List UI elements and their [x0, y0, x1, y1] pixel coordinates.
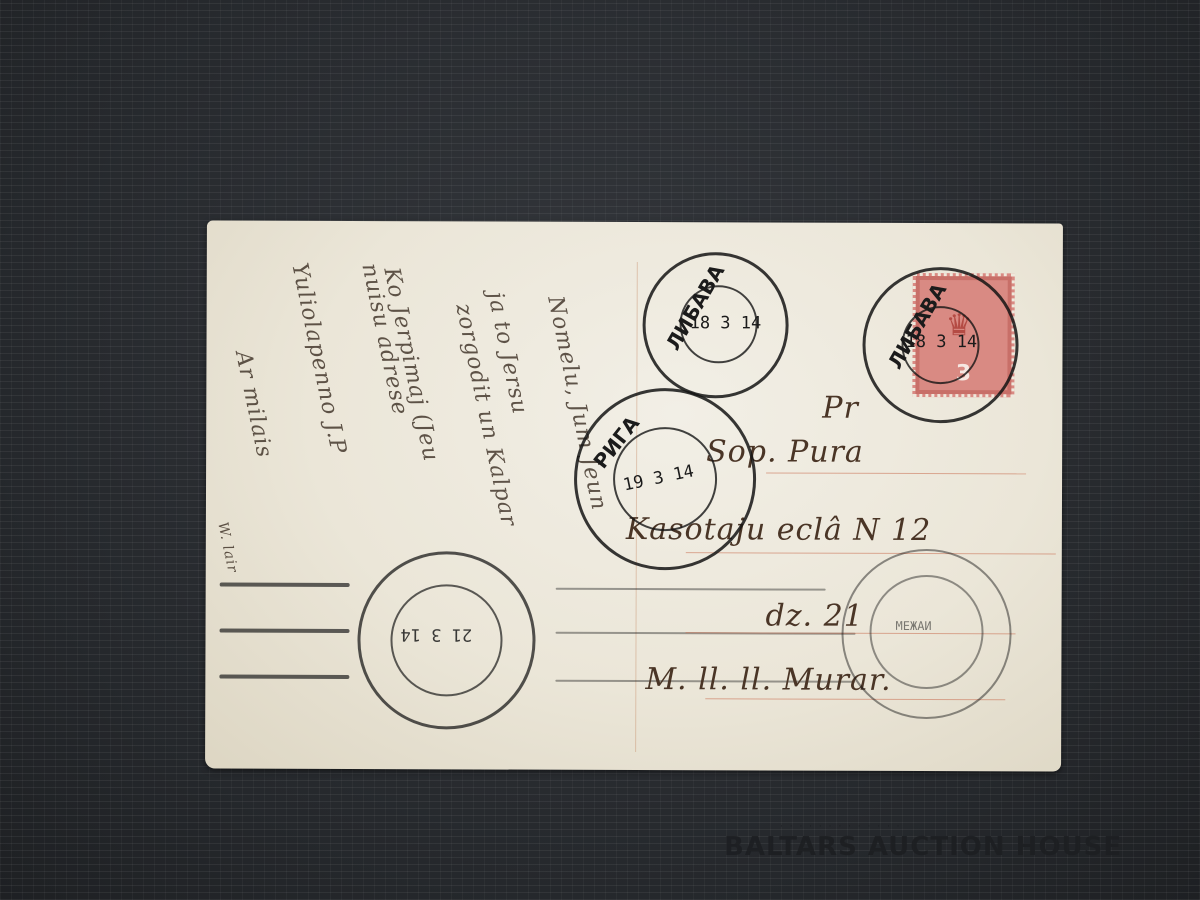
postmark-date: MEЖАИ	[896, 619, 932, 633]
address-rule	[686, 552, 1056, 554]
message-line: Yuliolapenno J.P	[286, 261, 350, 457]
postmark: 21 3 14	[357, 551, 536, 730]
message-line: Ar milais	[230, 349, 277, 461]
postmark: ЛИБАВА 18 3 14	[642, 252, 789, 399]
cancellation-bar	[220, 583, 350, 587]
cancellation-bar	[556, 588, 826, 591]
watermark-subtitle: · · · · · · · · · · · · ·	[780, 822, 902, 832]
postmark: ЛИБАВА 18 3 14	[862, 267, 1019, 424]
watermark: BALTARS AUCTION HOUSE	[724, 832, 1122, 862]
postmark-date: 18 3 14	[906, 332, 978, 352]
postmark: MEЖАИ	[841, 549, 1012, 720]
address-line: Pr	[822, 391, 859, 426]
message-line: W. lair	[214, 521, 240, 575]
postcard: Nomelu, Jum Jeun ja to Jersu zorgodit un…	[205, 221, 1063, 772]
postmark-date: 21 3 14	[400, 624, 472, 644]
cancellation-bar	[220, 629, 350, 633]
address-rule	[766, 472, 1026, 474]
postmark-date: 18 3 14	[690, 313, 762, 333]
cancellation-bar	[219, 675, 349, 679]
